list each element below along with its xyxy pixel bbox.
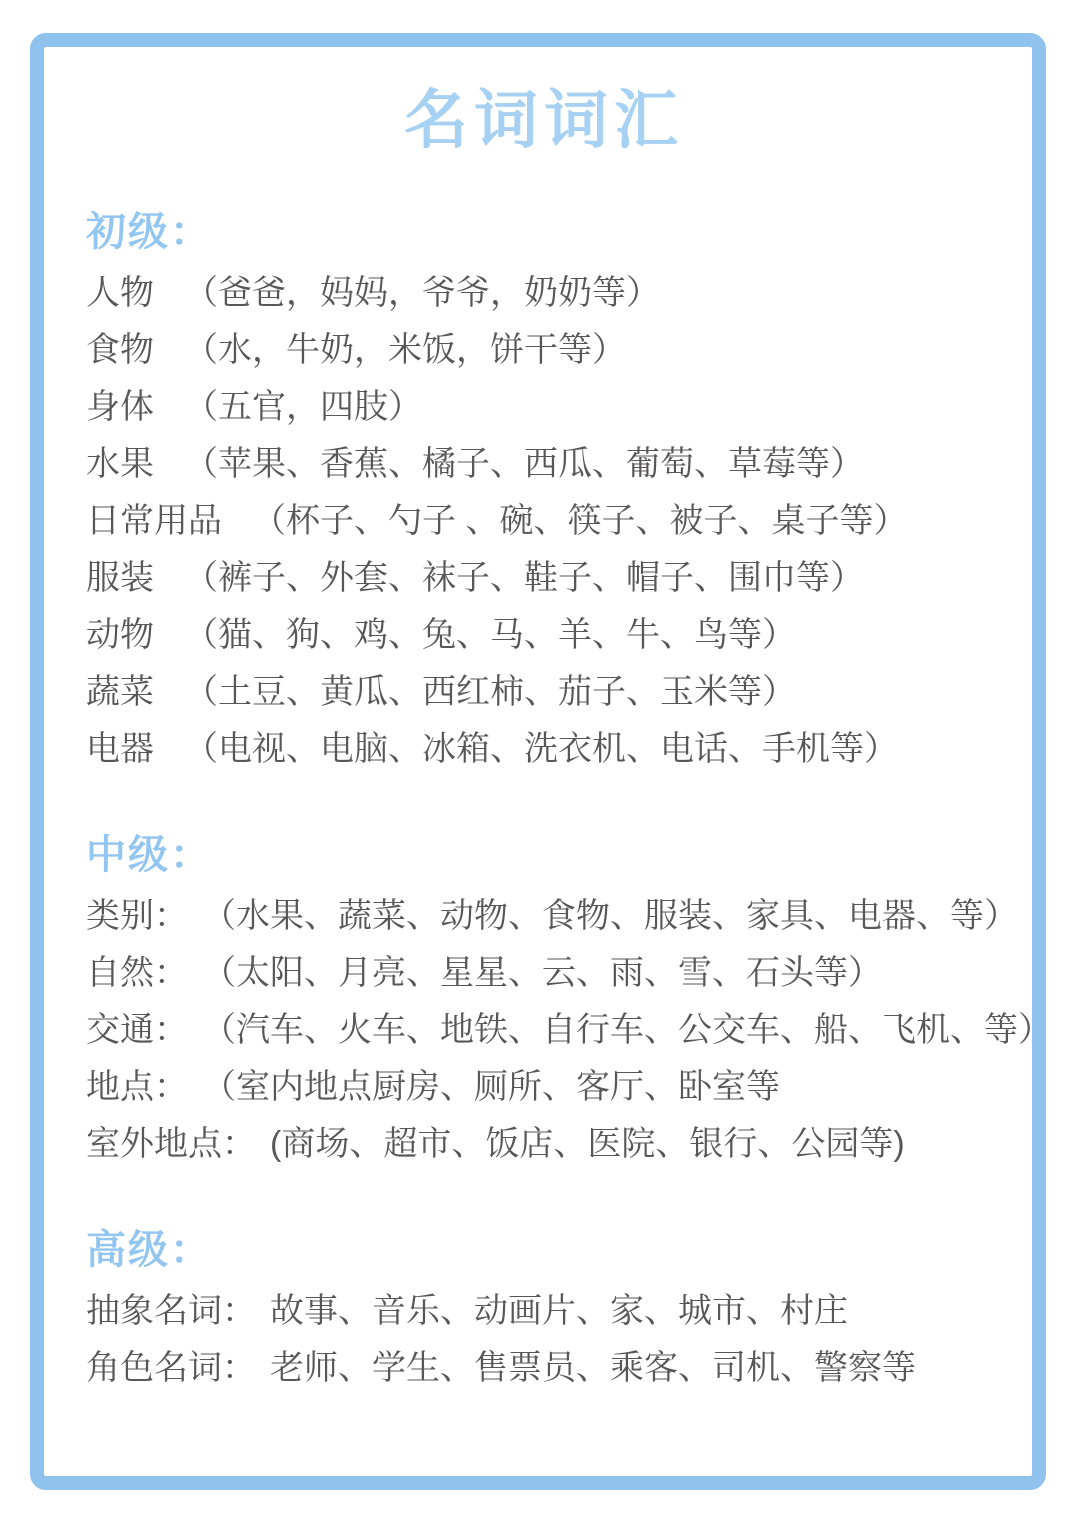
section-heading-advanced: 高级： [86, 1225, 1002, 1275]
section-beginner: 初级： 人物 （爸爸，妈妈，爷爷，奶奶等） 食物 （水，牛奶，米饭，饼干等） 身… [86, 207, 1002, 778]
vocab-row: 动物 （猫、狗、鸡、兔、马、羊、牛、鸟等） [86, 607, 1002, 664]
category-label: 食物 [86, 322, 154, 379]
vocab-row: 电器 （电视、电脑、冰箱、洗衣机、电话、手机等） [86, 721, 1002, 778]
vocab-row: 抽象名词： 故事、音乐、动画片、家、城市、村庄 [86, 1283, 1002, 1340]
example-list: （水，牛奶，米饭，饼干等） [184, 322, 626, 379]
vocab-row: 水果 （苹果、香蕉、橘子、西瓜、葡萄、草莓等） [86, 436, 1002, 493]
vocab-row: 自然： （太阳、月亮、星星、云、雨、雪、石头等） [86, 945, 1002, 1002]
page-title: 名词词汇 [86, 85, 1002, 155]
vocab-row: 角色名词： 老师、学生、售票员、乘客、司机、警察等 [86, 1340, 1002, 1397]
vocab-row: 日常用品 （杯子、勺子 、碗、筷子、被子、桌子等） [86, 493, 1002, 550]
category-label: 类别： [86, 888, 188, 945]
example-list: （电视、电脑、冰箱、洗衣机、电话、手机等） [184, 721, 898, 778]
vocab-row: 类别： （水果、蔬菜、动物、食物、服装、家具、电器、等） [86, 888, 1002, 945]
example-list: （水果、蔬菜、动物、食物、服装、家具、电器、等） [202, 888, 1018, 945]
vocab-row: 食物 （水，牛奶，米饭，饼干等） [86, 322, 1002, 379]
section-heading-beginner: 初级： [86, 207, 1002, 257]
section-heading-intermediate: 中级： [86, 830, 1002, 880]
category-label: 日常用品 [86, 493, 222, 550]
example-list: （土豆、黄瓜、西红柿、茄子、玉米等） [184, 664, 796, 721]
vocab-row: 交通： （汽车、火车、地铁、自行车、公交车、船、飞机、等） [86, 1002, 1002, 1059]
category-label: 抽象名词： [86, 1283, 256, 1340]
category-label: 交通： [86, 1002, 188, 1059]
example-list: (商场、超市、饭店、医院、银行、公园等) [270, 1116, 905, 1173]
example-list: （室内地点厨房、厕所、客厅、卧室等 [202, 1059, 780, 1116]
example-list: （裤子、外套、袜子、鞋子、帽子、围巾等） [184, 550, 864, 607]
example-list: 老师、学生、售票员、乘客、司机、警察等 [270, 1340, 916, 1397]
category-label: 水果 [86, 436, 154, 493]
category-label: 服装 [86, 550, 154, 607]
section-intermediate: 中级： 类别： （水果、蔬菜、动物、食物、服装、家具、电器、等） 自然： （太阳… [86, 830, 1002, 1173]
section-rows-advanced: 抽象名词： 故事、音乐、动画片、家、城市、村庄 角色名词： 老师、学生、售票员、… [86, 1283, 1002, 1397]
vocab-row: 蔬菜 （土豆、黄瓜、西红柿、茄子、玉米等） [86, 664, 1002, 721]
example-list: （爸爸，妈妈，爷爷，奶奶等） [184, 265, 660, 322]
section-rows-beginner: 人物 （爸爸，妈妈，爷爷，奶奶等） 食物 （水，牛奶，米饭，饼干等） 身体 （五… [86, 265, 1002, 778]
vocab-row: 服装 （裤子、外套、袜子、鞋子、帽子、围巾等） [86, 550, 1002, 607]
example-list: （太阳、月亮、星星、云、雨、雪、石头等） [202, 945, 882, 1002]
category-label: 蔬菜 [86, 664, 154, 721]
category-label: 室外地点： [86, 1116, 256, 1173]
example-list: （猫、狗、鸡、兔、马、羊、牛、鸟等） [184, 607, 796, 664]
example-list: （苹果、香蕉、橘子、西瓜、葡萄、草莓等） [184, 436, 864, 493]
vocab-row: 人物 （爸爸，妈妈，爷爷，奶奶等） [86, 265, 1002, 322]
example-list: 故事、音乐、动画片、家、城市、村庄 [270, 1283, 848, 1340]
document-frame: 名词词汇 初级： 人物 （爸爸，妈妈，爷爷，奶奶等） 食物 （水，牛奶，米饭，饼… [30, 33, 1046, 1490]
vocab-row: 地点： （室内地点厨房、厕所、客厅、卧室等 [86, 1059, 1002, 1116]
vocab-row: 室外地点： (商场、超市、饭店、医院、银行、公园等) [86, 1116, 1002, 1173]
vocab-row: 身体 （五官，四肢） [86, 379, 1002, 436]
example-list: （杯子、勺子 、碗、筷子、被子、桌子等） [252, 493, 907, 550]
section-rows-intermediate: 类别： （水果、蔬菜、动物、食物、服装、家具、电器、等） 自然： （太阳、月亮、… [86, 888, 1002, 1173]
category-label: 角色名词： [86, 1340, 256, 1397]
section-advanced: 高级： 抽象名词： 故事、音乐、动画片、家、城市、村庄 角色名词： 老师、学生、… [86, 1225, 1002, 1397]
category-label: 地点： [86, 1059, 188, 1116]
example-list: （五官，四肢） [184, 379, 422, 436]
category-label: 人物 [86, 265, 154, 322]
example-list: （汽车、火车、地铁、自行车、公交车、船、飞机、等） [202, 1002, 1046, 1059]
category-label: 动物 [86, 607, 154, 664]
category-label: 电器 [86, 721, 154, 778]
category-label: 自然： [86, 945, 188, 1002]
category-label: 身体 [86, 379, 154, 436]
